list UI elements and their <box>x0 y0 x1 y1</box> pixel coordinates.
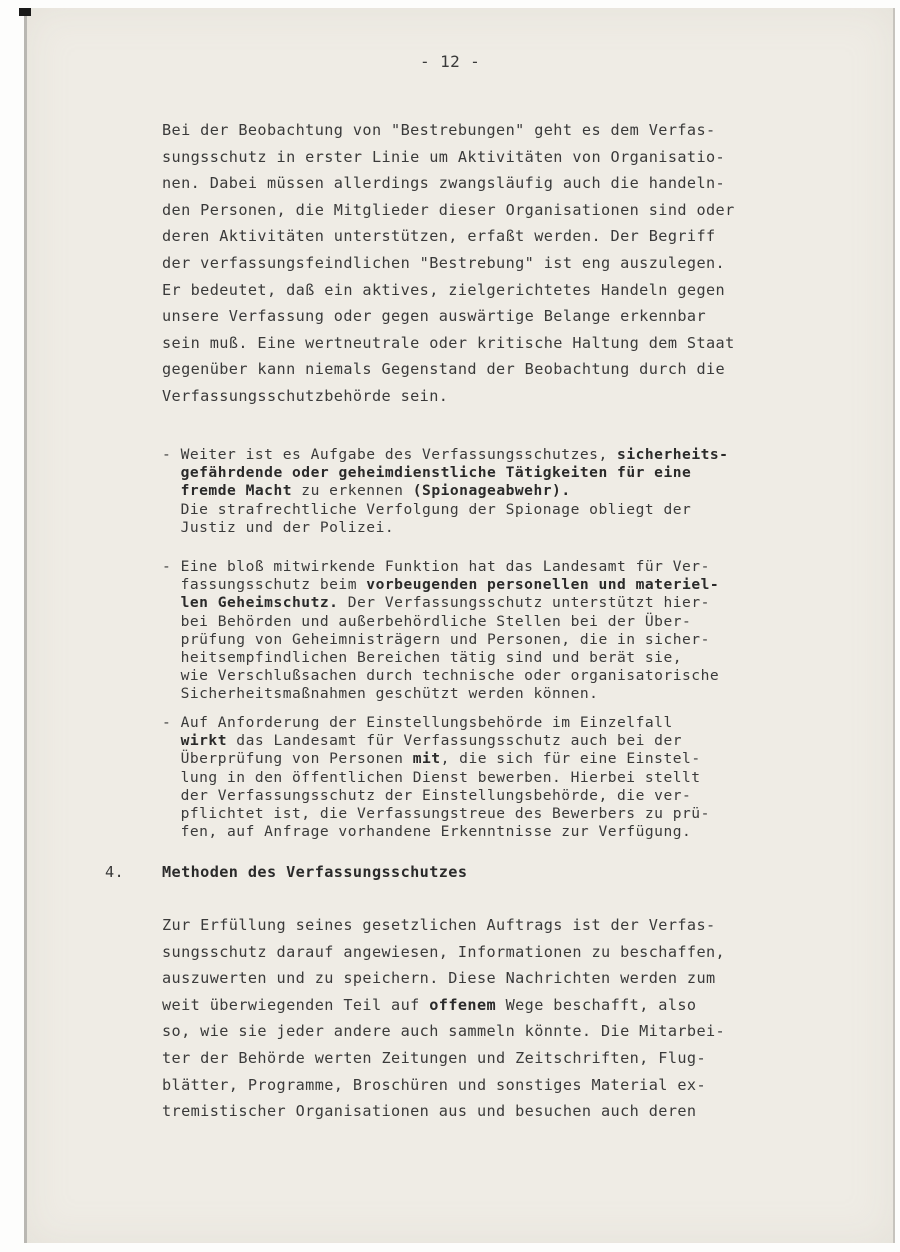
text-run: Wege beschafft, also <box>496 996 696 1014</box>
text-line: sein muß. Eine wertneutrale oder kritisc… <box>162 330 735 357</box>
text-run: ter der Behörde werten Zeitungen und Zei… <box>162 1049 706 1067</box>
bullet-line: fremde Macht zu erkennen (Spionageabwehr… <box>162 482 728 500</box>
text-line: auszuwerten und zu speichern. Diese Nach… <box>162 965 725 992</box>
text-run: der Verfassungsschutz der Einstellungsbe… <box>162 787 691 804</box>
text-run: Zur Erfüllung seines gesetzlichen Auftra… <box>162 916 716 934</box>
bullet-line: Überprüfung von Personen mit, die sich f… <box>162 750 710 768</box>
bullet-line: heitsempfindlichen Bereichen tätig sind … <box>162 649 719 667</box>
text-run: Er bedeutet, daß ein aktives, zielgerich… <box>162 281 725 299</box>
text-line: gegenüber kann niemals Gegenstand der Be… <box>162 356 735 383</box>
bullet-line: der Verfassungsschutz der Einstellungsbe… <box>162 787 710 805</box>
text-run: der verfassungsfeindlichen "Bestrebung" … <box>162 254 725 272</box>
paragraph-methoden: Zur Erfüllung seines gesetzlichen Auftra… <box>162 912 725 1125</box>
text-run: zu erkennen <box>292 482 413 499</box>
bullet-line: fen, auf Anfrage vorhandene Erkenntnisse… <box>162 823 710 841</box>
bullet-line: - Eine bloß mitwirkende Funktion hat das… <box>162 558 719 576</box>
bullet-line: wirkt das Landesamt für Verfassungsschut… <box>162 732 710 750</box>
text-line: den Personen, die Mitglieder dieser Orga… <box>162 197 735 224</box>
text-line: blätter, Programme, Broschüren und sonst… <box>162 1072 725 1099</box>
text-run: sungsschutz darauf angewiesen, Informati… <box>162 943 725 961</box>
page-number: - 12 - <box>420 52 480 71</box>
text-run: auszuwerten und zu speichern. Diese Nach… <box>162 969 716 987</box>
text-run: Verfassungsschutzbehörde sein. <box>162 387 448 405</box>
text-run: - Auf Anforderung der Einstellungsbehörd… <box>162 714 673 731</box>
text-run: so, wie sie jeder andere auch sammeln kö… <box>162 1022 725 1040</box>
text-run: fassungsschutz beim <box>162 576 366 593</box>
text-line: ter der Behörde werten Zeitungen und Zei… <box>162 1045 725 1072</box>
text-run: Der Verfassungsschutz unterstützt hier- <box>338 594 709 611</box>
text-line: so, wie sie jeder andere auch sammeln kö… <box>162 1018 725 1045</box>
bullet-line: fassungsschutz beim vorbeugenden persone… <box>162 576 719 594</box>
text-run: Überprüfung von Personen <box>162 750 413 767</box>
text-run: tremistischer Organisationen aus und bes… <box>162 1102 696 1120</box>
text-line: tremistischer Organisationen aus und bes… <box>162 1098 725 1125</box>
text-run <box>162 464 181 481</box>
text-run: prüfung von Geheimnisträgern und Persone… <box>162 631 710 648</box>
text-line: sungsschutz darauf angewiesen, Informati… <box>162 939 725 966</box>
text-run: - Weiter ist es Aufgabe des Verfassungss… <box>162 446 617 463</box>
bullet-line: pflichtet ist, die Verfassungstreue des … <box>162 805 710 823</box>
bullet-line: bei Behörden und außerbehördliche Stelle… <box>162 613 719 631</box>
bold-text: vorbeugenden personellen und materiel- <box>366 576 719 593</box>
text-line: Bei der Beobachtung von "Bestrebungen" g… <box>162 117 735 144</box>
bullet-einstellung: - Auf Anforderung der Einstellungsbehörd… <box>162 714 710 841</box>
text-run: bei Behörden und außerbehördliche Stelle… <box>162 613 691 630</box>
text-run: deren Aktivitäten unterstützen, erfaßt w… <box>162 227 716 245</box>
text-run: den Personen, die Mitglieder dieser Orga… <box>162 201 735 219</box>
section-heading: Methoden des Verfassungsschutzes <box>162 863 467 881</box>
text-run: Justiz und der Polizei. <box>162 519 394 536</box>
text-run: lung in den öffentlichen Dienst bewerben… <box>162 769 701 786</box>
text-run: fen, auf Anfrage vorhandene Erkenntnisse… <box>162 823 691 840</box>
text-line: Zur Erfüllung seines gesetzlichen Auftra… <box>162 912 725 939</box>
text-run: das Landesamt für Verfassungsschutz auch… <box>227 732 682 749</box>
text-run: wie Verschlußsachen durch technische ode… <box>162 667 719 684</box>
text-run: Bei der Beobachtung von "Bestrebungen" g… <box>162 121 716 139</box>
scan-corner-mark <box>19 8 31 16</box>
text-line: weit überwiegenden Teil auf offenem Wege… <box>162 992 725 1019</box>
bullet-line: Sicherheitsmaßnahmen geschützt werden kö… <box>162 685 719 703</box>
text-run: Sicherheitsmaßnahmen geschützt werden kö… <box>162 685 598 702</box>
bullet-line: Die strafrechtliche Verfolgung der Spion… <box>162 501 728 519</box>
bold-text: fremde Macht <box>181 482 292 499</box>
text-line: deren Aktivitäten unterstützen, erfaßt w… <box>162 223 735 250</box>
text-run <box>162 482 181 499</box>
bullet-line: - Weiter ist es Aufgabe des Verfassungss… <box>162 446 728 464</box>
bold-text: (Spionageabwehr). <box>413 482 571 499</box>
text-run: heitsempfindlichen Bereichen tätig sind … <box>162 649 682 666</box>
bold-text: len Geheimschutz. <box>181 594 339 611</box>
bold-text: offenem <box>429 996 496 1014</box>
text-line: unsere Verfassung oder gegen auswärtige … <box>162 303 735 330</box>
bullet-line: - Auf Anforderung der Einstellungsbehörd… <box>162 714 710 732</box>
text-line: Er bedeutet, daß ein aktives, zielgerich… <box>162 277 735 304</box>
paragraph-bestrebungen: Bei der Beobachtung von "Bestrebungen" g… <box>162 117 735 410</box>
text-run: Die strafrechtliche Verfolgung der Spion… <box>162 501 691 518</box>
text-run: pflichtet ist, die Verfassungstreue des … <box>162 805 710 822</box>
bullet-line: prüfung von Geheimnisträgern und Persone… <box>162 631 719 649</box>
text-run: gegenüber kann niemals Gegenstand der Be… <box>162 360 725 378</box>
text-run: nen. Dabei müssen allerdings zwangsläufi… <box>162 174 725 192</box>
bullet-line: Justiz und der Polizei. <box>162 519 728 537</box>
text-run <box>162 594 181 611</box>
text-run: - Eine bloß mitwirkende Funktion hat das… <box>162 558 710 575</box>
text-run <box>162 732 181 749</box>
text-run: sein muß. Eine wertneutrale oder kritisc… <box>162 334 735 352</box>
section-number: 4. <box>105 863 124 881</box>
bullet-geheimschutz: - Eine bloß mitwirkende Funktion hat das… <box>162 558 719 704</box>
text-run: unsere Verfassung oder gegen auswärtige … <box>162 307 706 325</box>
text-line: Verfassungsschutzbehörde sein. <box>162 383 735 410</box>
bullet-spionageabwehr: - Weiter ist es Aufgabe des Verfassungss… <box>162 446 728 537</box>
text-run: weit überwiegenden Teil auf <box>162 996 429 1014</box>
bold-text: mit <box>413 750 441 767</box>
bullet-line: lung in den öffentlichen Dienst bewerben… <box>162 769 710 787</box>
bold-text: sicherheits- <box>617 446 728 463</box>
text-run: blätter, Programme, Broschüren und sonst… <box>162 1076 706 1094</box>
bullet-line: gefährdende oder geheimdienstliche Tätig… <box>162 464 728 482</box>
text-line: sungsschutz in erster Linie um Aktivität… <box>162 144 735 171</box>
bold-text: wirkt <box>181 732 227 749</box>
text-line: der verfassungsfeindlichen "Bestrebung" … <box>162 250 735 277</box>
bullet-line: wie Verschlußsachen durch technische ode… <box>162 667 719 685</box>
bullet-line: len Geheimschutz. Der Verfassungsschutz … <box>162 594 719 612</box>
bold-text: gefährdende oder geheimdienstliche Tätig… <box>181 464 692 481</box>
text-run: sungsschutz in erster Linie um Aktivität… <box>162 148 725 166</box>
text-line: nen. Dabei müssen allerdings zwangsläufi… <box>162 170 735 197</box>
text-run: , die sich für eine Einstel- <box>441 750 701 767</box>
